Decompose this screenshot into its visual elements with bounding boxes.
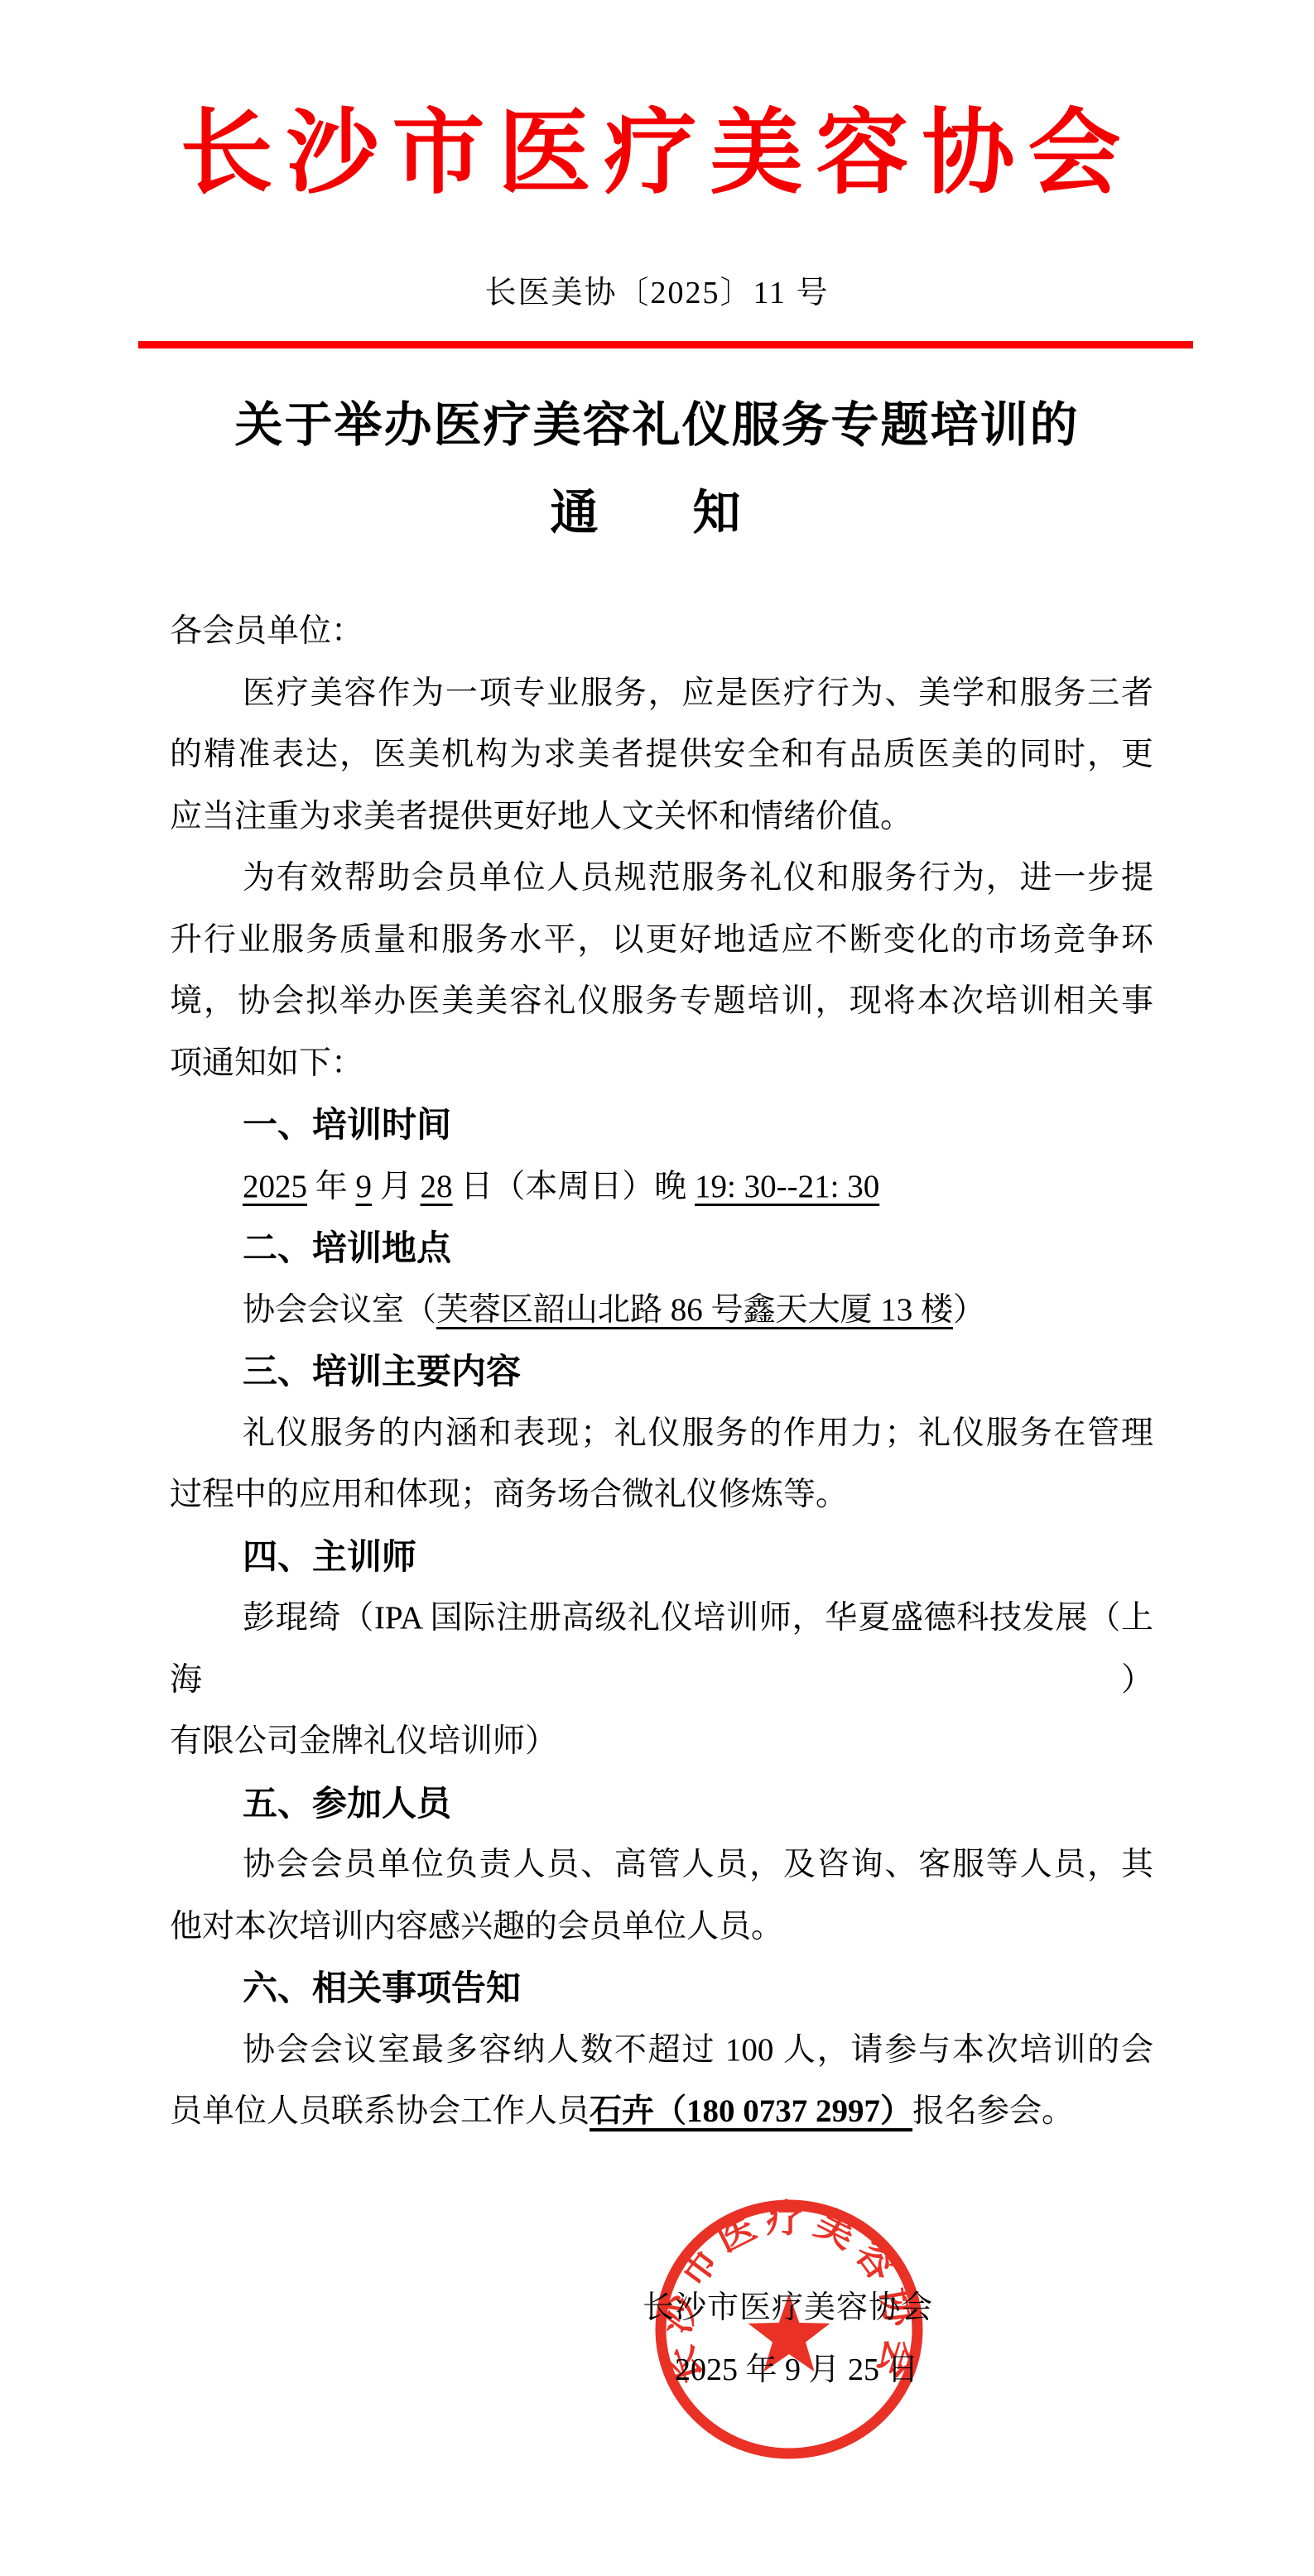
training-address: 芙蓉区韶山北路 86 号鑫天大厦 13 楼 (436, 1292, 953, 1328)
text-run: 日（本周日）晚 (453, 1169, 696, 1204)
text-run: 员单位人员联系协会工作人员 (170, 2093, 590, 2129)
trainer-line: 有限公司金牌礼仪培训师） (170, 1711, 1153, 1773)
training-time-line: 2025 年 9 月 28 日（本周日）晚 19: 30--21: 30 (170, 1156, 1153, 1218)
contact-line: 员单位人员联系协会工作人员石卉（180 0737 2997）报名参会。 (170, 2081, 1153, 2143)
notice-title-line1: 关于举办医疗美容礼仪服务专题培训的 (0, 386, 1314, 455)
seal-star-icon (748, 2294, 830, 2372)
participants-line: 协会会员单位负责人员、高管人员，及咨询、客服等人员，其 (170, 1834, 1153, 1896)
training-time-range: 19: 30--21: 30 (695, 1169, 879, 1204)
training-date-day: 28 (421, 1169, 453, 1204)
paragraph-line: 升行业服务质量和服务水平，以更好地适应不断变化的市场竞争环 (170, 910, 1153, 972)
training-date-month: 9 (356, 1169, 373, 1204)
paragraph-line: 为有效帮助会员单位人员规范服务礼仪和服务行为，进一步提 (170, 848, 1153, 910)
notice-body: 各会员单位： 医疗美容作为一项专业服务，应是医疗行为、美学和服务三者 的精准表达… (170, 601, 1153, 2143)
training-location-line: 协会会议室（芙蓉区韶山北路 86 号鑫天大厦 13 楼） (170, 1280, 1153, 1342)
paragraph-line: 境，协会拟举办医美美容礼仪服务专题培训，现将本次培训相关事 (170, 971, 1153, 1033)
seal-ring-text: 长沙市医疗美容协会 (656, 2198, 923, 2390)
svg-text:长沙市医疗美容协会: 长沙市医疗美容协会 (656, 2198, 923, 2390)
contact-name-phone: 石卉（180 0737 2997） (590, 2093, 912, 2129)
text-run: 月 (372, 1169, 421, 1204)
trainer-line: 彭琨绮（IPA 国际注册高级礼仪培训师，华夏盛德科技发展（上海） (170, 1588, 1153, 1711)
participants-line: 他对本次培训内容感兴趣的会员单位人员。 (170, 1896, 1153, 1958)
paragraph-line: 礼仪服务的内涵和表现；礼仪服务的作用力；礼仪服务在管理 (170, 1403, 1153, 1465)
training-date-year: 2025 (243, 1169, 307, 1204)
letterhead-divider-rule (138, 341, 1193, 348)
paragraph-line: 项通知如下： (170, 1033, 1153, 1095)
section-heading-participants: 五、参加人员 (170, 1773, 1153, 1835)
section-heading-training-time: 一、培训时间 (170, 1094, 1153, 1156)
paragraph-line: 过程中的应用和体现；商务场合微礼仪修炼等。 (170, 1464, 1153, 1526)
text-run: 年 (307, 1169, 356, 1204)
paragraph-line: 医疗美容作为一项专业服务，应是医疗行为、美学和服务三者 (170, 663, 1153, 725)
notes-line: 协会会议室最多容纳人数不超过 100 人，请参与本次培训的会 (170, 2020, 1153, 2082)
paragraph-line: 应当注重为求美者提供更好地人文关怀和情绪价值。 (170, 786, 1153, 848)
paragraph-line: 的精准表达，医美机构为求美者提供安全和有品质医美的同时，更 (170, 724, 1153, 786)
section-heading-training-content: 三、培训主要内容 (170, 1341, 1153, 1403)
salutation: 各会员单位： (170, 601, 1153, 663)
text-run: ） (953, 1292, 985, 1328)
section-heading-training-location: 二、培训地点 (170, 1218, 1153, 1280)
notice-title-line2: 通 知 (0, 473, 1314, 543)
official-seal: 长沙市医疗美容协会 (652, 2194, 929, 2467)
section-heading-trainer: 四、主训师 (170, 1526, 1153, 1588)
letterhead-org-name: 长沙市医疗美容协会 (0, 104, 1314, 202)
text-run: 协会会议室（ (243, 1292, 436, 1328)
section-heading-notes: 六、相关事项告知 (170, 1958, 1153, 2020)
document-number: 长医美协〔2025〕11 号 (0, 267, 1314, 312)
text-run: 报名参会。 (912, 2093, 1074, 2129)
